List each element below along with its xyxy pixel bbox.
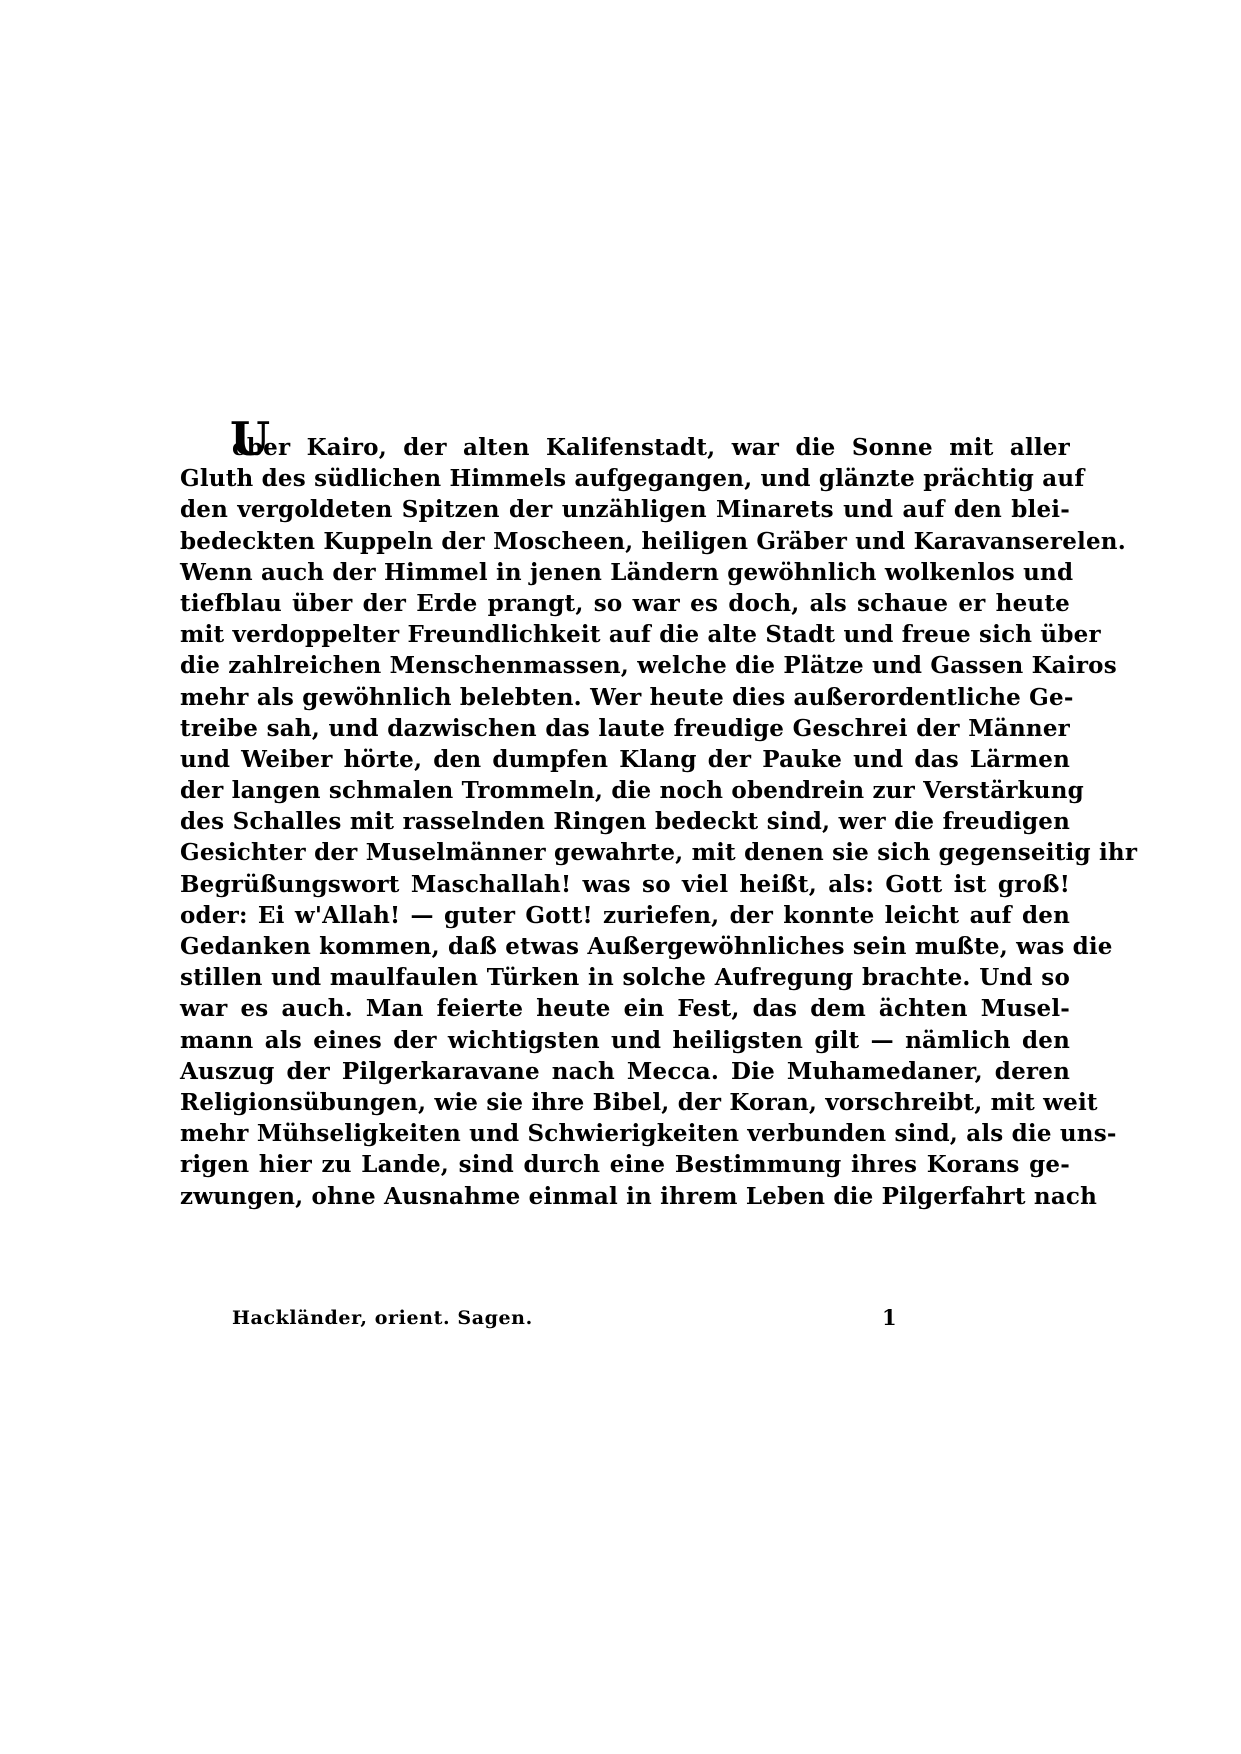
text-line: oder: Ei w'Allah! — guter Gott! zuriefen… — [180, 900, 1070, 931]
text-line: Wenn auch der Himmel in jenen Ländern ge… — [180, 557, 1070, 588]
text-line: Gedanken kommen, daß etwas Außergewöhnli… — [180, 931, 1070, 962]
text-line: Religionsübungen, wie sie ihre Bibel, de… — [180, 1087, 1070, 1118]
page-number: 1 — [882, 1303, 897, 1333]
text-line: war es auch. Man feierte heute ein Fest,… — [180, 993, 1070, 1024]
running-title: Hackländer, orient. Sagen. — [232, 1303, 533, 1333]
text-line: Auszug der Pilgerkaravane nach Mecca. Di… — [180, 1056, 1070, 1087]
drop-cap: U — [230, 424, 270, 455]
text-line: des Schalles mit rasselnden Ringen bedec… — [180, 806, 1070, 837]
text-line: rigen hier zu Lande, sind durch eine Bes… — [180, 1149, 1070, 1180]
text-line: mehr als gewöhnlich belebten. Wer heute … — [180, 682, 1070, 713]
text-line: treibe sah, und dazwischen das laute fre… — [180, 713, 1070, 744]
body-text: U eber Kairo, der alten Kalifenstadt, wa… — [180, 432, 1070, 1212]
text-line: mit verdoppelter Freundlichkeit auf die … — [180, 619, 1070, 650]
text-line: Gluth des südlichen Himmels aufgegangen,… — [180, 463, 1070, 494]
text-line: zwungen, ohne Ausnahme einmal in ihrem L… — [180, 1181, 1070, 1212]
text-line: mehr Mühseligkeiten und Schwierigkeiten … — [180, 1118, 1070, 1149]
text-line: stillen und maulfaulen Türken in solche … — [180, 962, 1070, 993]
book-page: U eber Kairo, der alten Kalifenstadt, wa… — [0, 0, 1241, 1754]
text-line: Gesichter der Muselmänner gewahrte, mit … — [180, 837, 1070, 868]
text-line: mann als eines der wichtigsten und heili… — [180, 1025, 1070, 1056]
text-line: und Weiber hörte, den dumpfen Klang der … — [180, 744, 1070, 775]
text-line: eber Kairo, der alten Kalifenstadt, war … — [180, 432, 1070, 463]
text-line: der langen schmalen Trommeln, die noch o… — [180, 775, 1070, 806]
text-line: den vergoldeten Spitzen der unzähligen M… — [180, 494, 1070, 525]
text-line: die zahlreichen Menschenmassen, welche d… — [180, 650, 1070, 681]
text-line: tiefblau über der Erde prangt, so war es… — [180, 588, 1070, 619]
text-line: bedeckten Kuppeln der Moscheen, heiligen… — [180, 526, 1070, 557]
text-line: Begrüßungswort Maschallah! was so viel h… — [180, 869, 1070, 900]
page-footer: Hackländer, orient. Sagen. 1 — [232, 1303, 892, 1333]
